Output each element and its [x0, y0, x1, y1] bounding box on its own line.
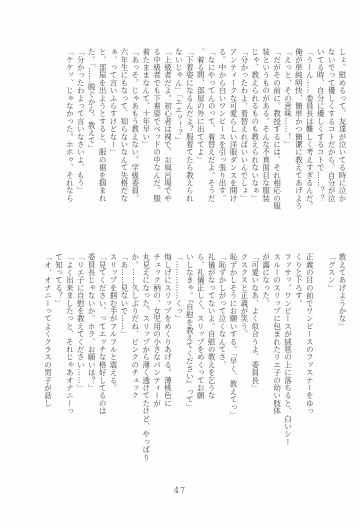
text-block-bottom: 教えてあげようかな」 「グスン」 正義の目の前でワンピースのファスナーをゆっ く…	[42, 253, 347, 479]
novel-page: しょ。慰めるって、友達が泣いてる時に泣か ないでって優しくするコトだから、自分が…	[0, 0, 360, 529]
page-number: 47	[0, 486, 360, 495]
text-block-top: しょ。慰めるって、友達が泣いてる時に泣か ないでって優しくするコトだから、自分が…	[63, 48, 347, 236]
